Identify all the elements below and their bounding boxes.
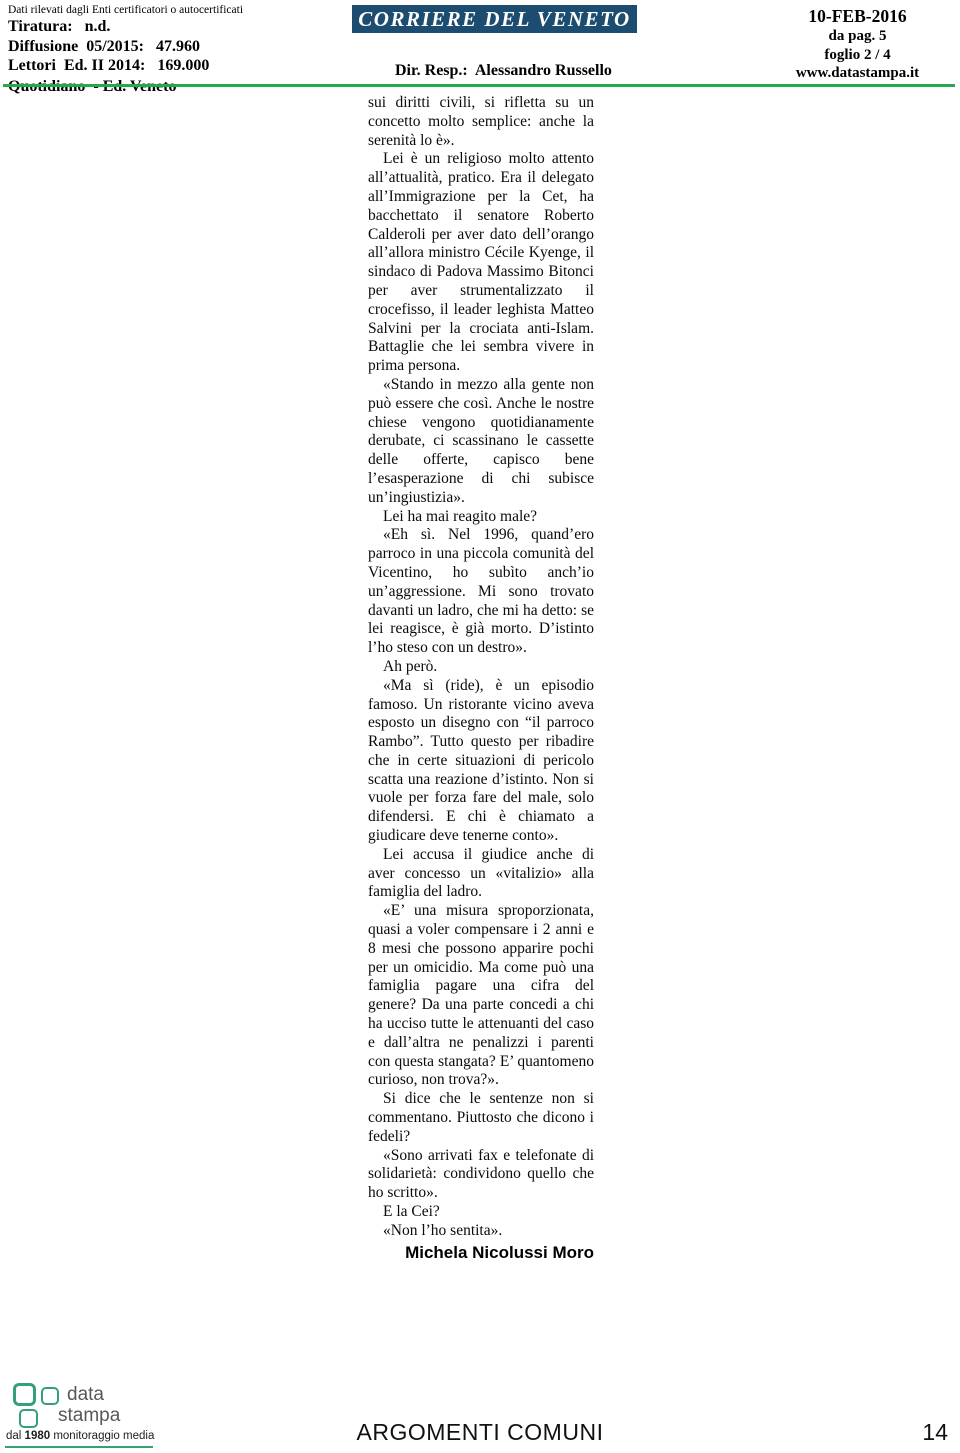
logo-underline xyxy=(5,1446,153,1448)
press-clipping-page: Dati rilevati dagli Enti certificatori o… xyxy=(0,0,960,1453)
article-paragraph-answer: «Stando in mezzo alla gente non può esse… xyxy=(368,376,594,508)
article-paragraph-question: Lei ha mai reagito male? xyxy=(368,508,594,527)
director-line: Dir. Resp.: Alessandro Russello xyxy=(395,62,612,80)
article-paragraph-answer: «Non l’ho sentita». xyxy=(368,1222,594,1241)
article-paragraph-answer: «Sono arrivati fax e telefonate di solid… xyxy=(368,1147,594,1203)
logo-square-icon xyxy=(13,1383,36,1406)
byline: Michela Nicolussi Moro xyxy=(368,1244,594,1263)
page-footer: data stampa dal 1980 monitoraggio media … xyxy=(0,1378,960,1453)
article-column: sui diritti civili, si rifletta su un co… xyxy=(368,94,594,1262)
header-rule xyxy=(3,84,955,87)
clipping-date: 10-FEB-2016 xyxy=(770,6,945,27)
article-paragraph: sui diritti civili, si rifletta su un co… xyxy=(368,94,594,150)
article-paragraph-question: Si dice che le sentenze non si commentan… xyxy=(368,1090,594,1146)
header-right-block: 10-FEB-2016 da pag. 5 foglio 2 / 4 www.d… xyxy=(770,6,945,83)
stat-diffusione: Diffusione 05/2015: 47.960 xyxy=(8,37,243,57)
stat-lettori: Lettori Ed. II 2014: 169.000 xyxy=(8,56,243,76)
article-paragraph-answer: «Ma sì (ride), è un episodio famoso. Un … xyxy=(368,677,594,846)
logo-word-data: data xyxy=(67,1384,104,1406)
section-title: ARGOMENTI COMUNI xyxy=(0,1419,960,1446)
article-paragraph-question: Lei è un religioso molto attento all’att… xyxy=(368,150,594,376)
header-left-block: Dati rilevati dagli Enti certificatori o… xyxy=(8,3,243,96)
datastampa-url: www.datastampa.it xyxy=(770,64,945,83)
article-paragraph-answer: «Eh sì. Nel 1996, quand’ero parroco in u… xyxy=(368,526,594,658)
newspaper-logo-text: CORRIERE DEL VENETO xyxy=(358,7,630,32)
certification-note: Dati rilevati dagli Enti certificatori o… xyxy=(8,3,243,17)
article-paragraph-answer: «E’ una misura sproporzionata, quasi a v… xyxy=(368,902,594,1090)
source-page-ref: da pag. 5 xyxy=(770,27,945,46)
article-paragraph-question: Ah però. xyxy=(368,658,594,677)
sheet-ref: foglio 2 / 4 xyxy=(770,46,945,65)
logo-square-icon xyxy=(41,1387,59,1405)
page-number: 14 xyxy=(922,1419,948,1446)
article-paragraph-question: E la Cei? xyxy=(368,1203,594,1222)
stat-tiratura: Tiratura: n.d. xyxy=(8,17,243,37)
newspaper-logo: CORRIERE DEL VENETO xyxy=(352,5,637,33)
article-paragraph-question: Lei accusa il giudice anche di aver conc… xyxy=(368,846,594,902)
